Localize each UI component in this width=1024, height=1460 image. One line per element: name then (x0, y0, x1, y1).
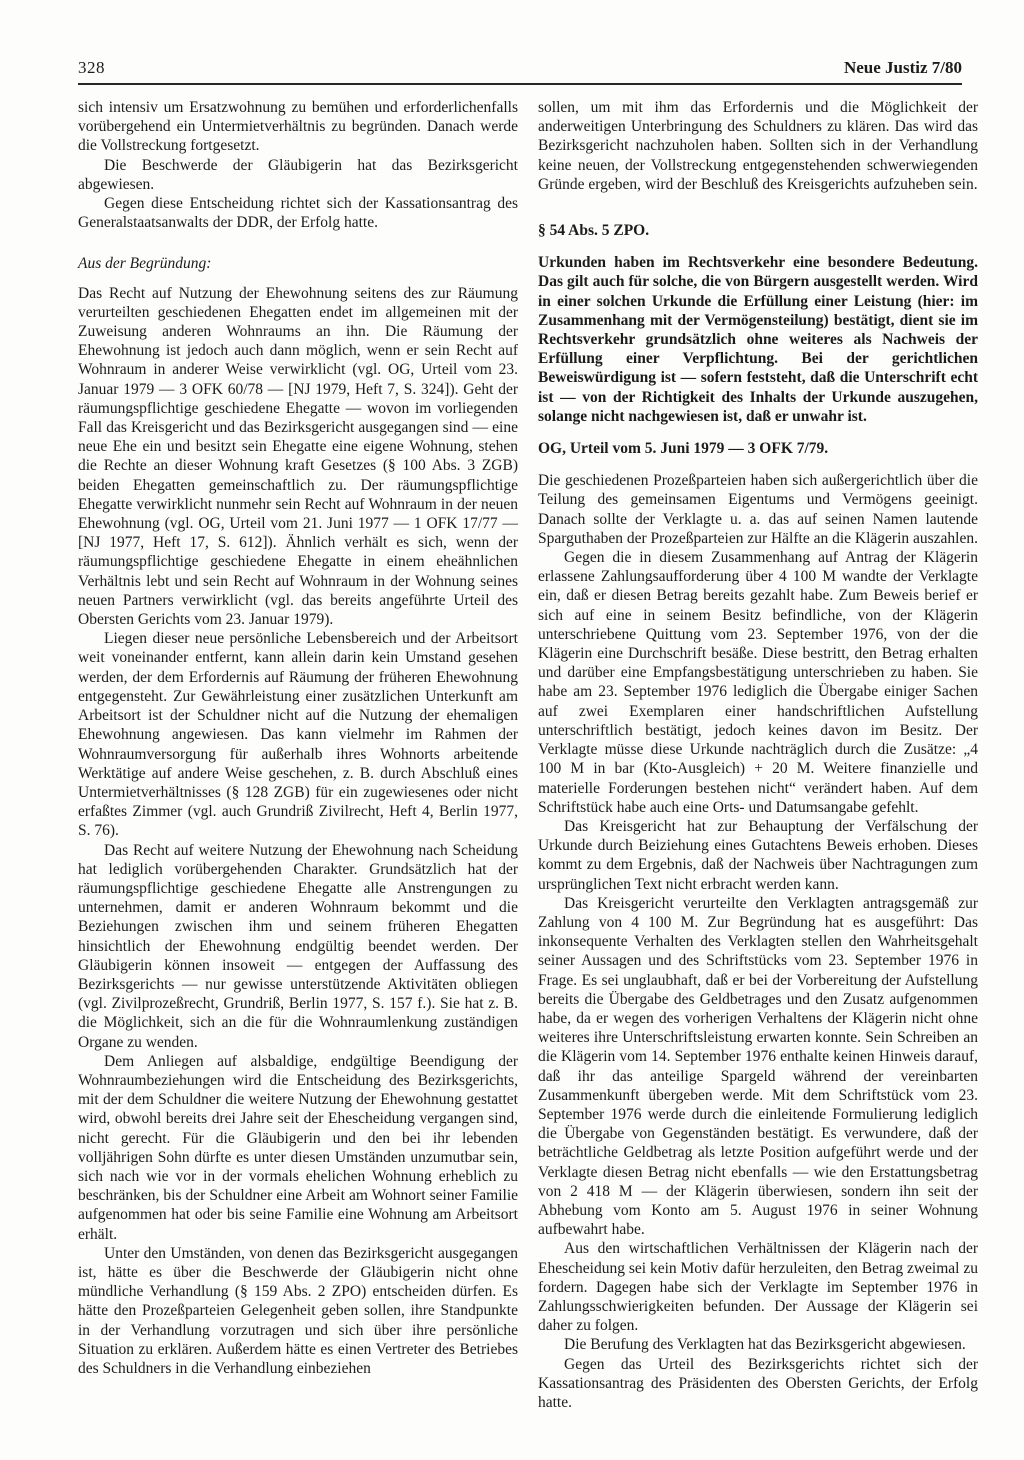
paragraph: Gegen das Urteil des Bezirksgerichts ric… (538, 1355, 978, 1413)
journal-title: Neue Justiz 7/80 (844, 58, 962, 78)
paragraph: Dem Anliegen auf alsbaldige, endgültige … (78, 1052, 518, 1244)
paragraph: Gegen diese Entscheidung richtet sich de… (78, 194, 518, 232)
paragraph: Die geschiedenen Prozeßparteien haben si… (538, 471, 978, 548)
paragraph: Aus den wirtschaftlichen Verhältnissen d… (538, 1239, 978, 1335)
paragraph: Das Kreisgericht hat zur Behauptung der … (538, 817, 978, 894)
paragraph: sollen, um mit ihm das Erfordernis und d… (538, 98, 978, 194)
statute-heading: § 54 Abs. 5 ZPO. (538, 221, 978, 240)
paragraph: Unter den Umständen, von denen das Bezir… (78, 1244, 518, 1378)
paragraph: Die Berufung des Verklagten hat das Bezi… (538, 1335, 978, 1354)
right-column: sollen, um mit ihm das Erfordernis und d… (538, 98, 978, 1412)
journal-page: 328 Neue Justiz 7/80 sich intensiv um Er… (0, 0, 1024, 1460)
reasoning-heading: Aus der Begründung: (78, 254, 518, 273)
paragraph: Das Recht auf Nutzung der Ehewohnung sei… (78, 284, 518, 630)
header-rule (78, 83, 962, 85)
paragraph: sich intensiv um Ersatzwohnung zu bemühe… (78, 98, 518, 156)
page-number: 328 (78, 58, 105, 78)
paragraph: Liegen dieser neue persönliche Lebensber… (78, 629, 518, 840)
headnote: Urkunden haben im Rechtsverkehr eine bes… (538, 253, 978, 426)
paragraph: Gegen die in diesem Zusammenhang auf Ant… (538, 548, 978, 817)
page-header: 328 Neue Justiz 7/80 (78, 58, 962, 78)
paragraph: Das Kreisgericht verurteilte den Verklag… (538, 894, 978, 1240)
text-columns: sich intensiv um Ersatzwohnung zu bemühe… (78, 98, 978, 1412)
left-column: sich intensiv um Ersatzwohnung zu bemühe… (78, 98, 518, 1412)
paragraph: Das Recht auf weitere Nutzung der Ehewoh… (78, 841, 518, 1052)
court-citation: OG, Urteil vom 5. Juni 1979 — 3 OFK 7/79… (538, 439, 978, 458)
paragraph: Die Beschwerde der Gläubigerin hat das B… (78, 156, 518, 194)
